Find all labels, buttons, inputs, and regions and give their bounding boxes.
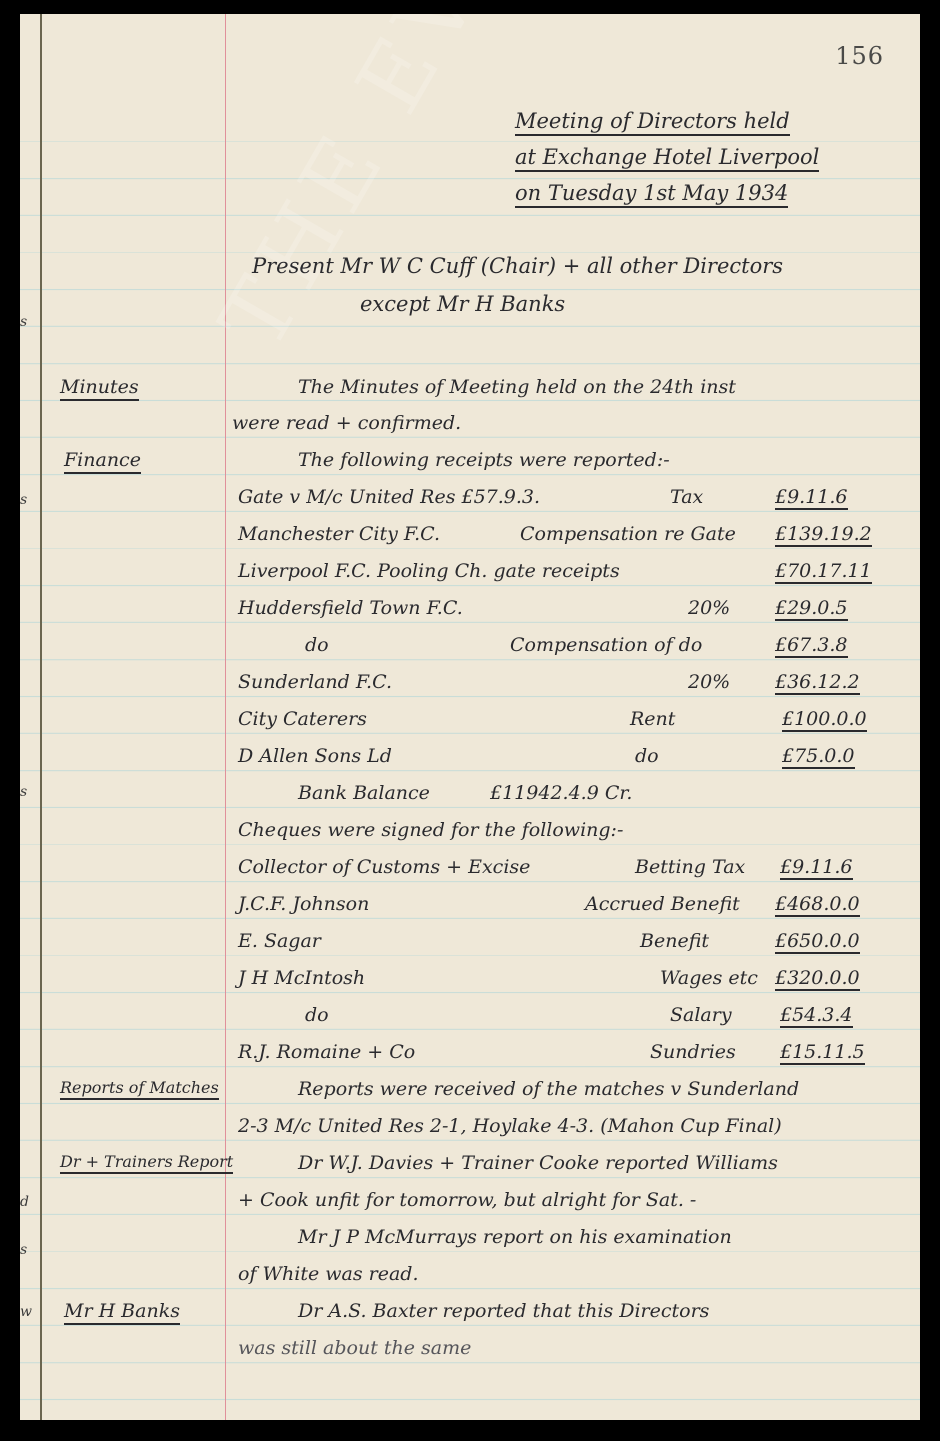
side-label-finance: Finance bbox=[64, 449, 141, 474]
bleed-mark: s bbox=[20, 314, 27, 330]
receipt-amount: £67.3.8 bbox=[775, 634, 848, 658]
bleed-mark: s bbox=[20, 784, 27, 800]
receipt-payer: Liverpool F.C. Pooling Ch. gate receipts bbox=[238, 560, 620, 582]
banks-report-line-2: was still about the same bbox=[238, 1337, 471, 1359]
side-label-mr-h-banks: Mr H Banks bbox=[64, 1300, 180, 1325]
receipt-amount: £29.0.5 bbox=[775, 597, 848, 621]
receipt-amount: £100.0.0 bbox=[782, 708, 867, 732]
receipt-payer: Gate v M/c United Res £57.9.3. bbox=[238, 486, 540, 508]
cheque-note: Sundries bbox=[650, 1041, 736, 1063]
receipt-amount: £75.0.0 bbox=[782, 745, 855, 769]
receipts-intro: The following receipts were reported:- bbox=[298, 449, 670, 471]
minutes-line-1: The Minutes of Meeting held on the 24th … bbox=[298, 376, 736, 398]
dr-report-line-4: of White was read. bbox=[238, 1263, 419, 1285]
receipt-payer: D Allen Sons Ld bbox=[238, 745, 392, 767]
receipt-payer: Huddersfield Town F.C. bbox=[238, 597, 463, 619]
page-number: 156 bbox=[835, 42, 884, 70]
bank-balance-value: £11942.4.9 Cr. bbox=[490, 782, 632, 804]
receipt-note: 20% bbox=[688, 597, 730, 619]
present-line: Present Mr W C Cuff (Chair) + all other … bbox=[252, 254, 783, 278]
receipt-payer: Manchester City F.C. bbox=[238, 523, 440, 545]
receipt-note: do bbox=[635, 745, 659, 767]
cheque-amount: £468.0.0 bbox=[775, 893, 860, 917]
receipt-payer: do bbox=[305, 634, 329, 656]
cheque-amount: £650.0.0 bbox=[775, 930, 860, 954]
dr-report-line-2: + Cook unfit for tomorrow, but alright f… bbox=[238, 1189, 696, 1211]
minute-book-page: THE EVERTON COLLECTION CHARITABLE TRUST … bbox=[20, 14, 920, 1420]
red-margin-line bbox=[225, 14, 226, 1420]
minutes-line-2: were read + confirmed. bbox=[232, 412, 461, 434]
receipt-note: Tax bbox=[670, 486, 703, 508]
receipt-payer: City Caterers bbox=[238, 708, 367, 730]
cheque-note: Betting Tax bbox=[635, 856, 745, 878]
banks-report-line-1: Dr A.S. Baxter reported that this Direct… bbox=[298, 1300, 709, 1322]
receipt-amount: £70.17.11 bbox=[775, 560, 872, 584]
cheque-amount: £15.11.5 bbox=[780, 1041, 865, 1065]
cheques-intro: Cheques were signed for the following:- bbox=[238, 819, 623, 841]
receipt-note: Rent bbox=[630, 708, 675, 730]
receipt-amount: £9.11.6 bbox=[775, 486, 848, 510]
bleed-mark: s bbox=[20, 1242, 27, 1258]
cheque-amount: £320.0.0 bbox=[775, 967, 860, 991]
receipt-payer: Sunderland F.C. bbox=[238, 671, 392, 693]
cheque-payee: Collector of Customs + Excise bbox=[238, 856, 530, 878]
cheque-note: Benefit bbox=[640, 930, 709, 952]
cheque-payee: R.J. Romaine + Co bbox=[238, 1041, 415, 1063]
side-label-reports-of-matches: Reports of Matches bbox=[60, 1078, 219, 1100]
receipt-note: Compensation of do bbox=[510, 634, 702, 656]
dr-report-line-1: Dr W.J. Davies + Trainer Cooke reported … bbox=[298, 1152, 778, 1174]
cheque-amount: £54.3.4 bbox=[780, 1004, 853, 1028]
cheque-payee: E. Sagar bbox=[238, 930, 321, 952]
cheque-note: Salary bbox=[670, 1004, 732, 1026]
cheque-amount: £9.11.6 bbox=[780, 856, 853, 880]
receipt-amount: £139.19.2 bbox=[775, 523, 872, 547]
binding-gutter-line bbox=[40, 14, 42, 1420]
receipt-amount: £36.12.2 bbox=[775, 671, 860, 695]
meeting-title-line-1: Meeting of Directors held bbox=[515, 109, 790, 136]
cheque-payee: J H McIntosh bbox=[238, 967, 365, 989]
dr-report-line-3: Mr J P McMurrays report on his examinati… bbox=[298, 1226, 732, 1248]
match-report-line-1: Reports were received of the matches v S… bbox=[298, 1078, 799, 1100]
meeting-title-line-3: on Tuesday 1st May 1934 bbox=[515, 181, 788, 208]
side-label-minutes: Minutes bbox=[60, 376, 139, 401]
cheque-payee: J.C.F. Johnson bbox=[238, 893, 369, 915]
bleed-mark: s bbox=[20, 492, 27, 508]
cheque-note: Accrued Benefit bbox=[585, 893, 740, 915]
receipt-note: Compensation re Gate bbox=[520, 523, 736, 545]
bank-balance-label: Bank Balance bbox=[298, 782, 430, 804]
side-label-dr-trainers-report: Dr + Trainers Report bbox=[60, 1152, 233, 1174]
present-except-line: except Mr H Banks bbox=[360, 292, 565, 316]
receipt-note: 20% bbox=[688, 671, 730, 693]
bleed-mark: w bbox=[20, 1304, 32, 1320]
match-report-line-2: 2-3 M/c United Res 2-1, Hoylake 4-3. (Ma… bbox=[238, 1115, 782, 1137]
cheque-note: Wages etc bbox=[660, 967, 758, 989]
meeting-title-line-2: at Exchange Hotel Liverpool bbox=[515, 145, 819, 172]
cheque-payee: do bbox=[305, 1004, 329, 1026]
bleed-mark: d bbox=[20, 1194, 29, 1210]
